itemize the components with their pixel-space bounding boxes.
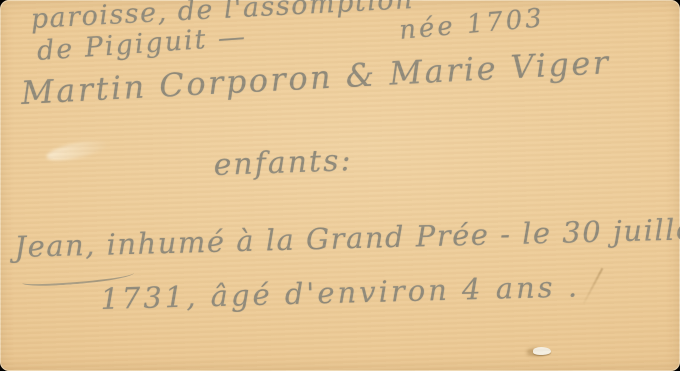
handwritten-child-record-line-1: Jean, inhumé à la Grand Prée - le 30 jui… <box>14 212 680 264</box>
index-card: paroisse, de l'assomption de Pigiguit — … <box>0 0 680 371</box>
paper-crease-mark <box>45 137 109 165</box>
handwritten-children-heading: enfants: <box>213 143 353 183</box>
paper-chip-mark <box>533 347 551 355</box>
handwritten-birth-year-note: née 1703 <box>398 3 546 46</box>
handwritten-child-record-line-2: 1731, âgé d'environ 4 ans . <box>100 269 580 316</box>
paper-scratch-mark <box>583 268 604 304</box>
